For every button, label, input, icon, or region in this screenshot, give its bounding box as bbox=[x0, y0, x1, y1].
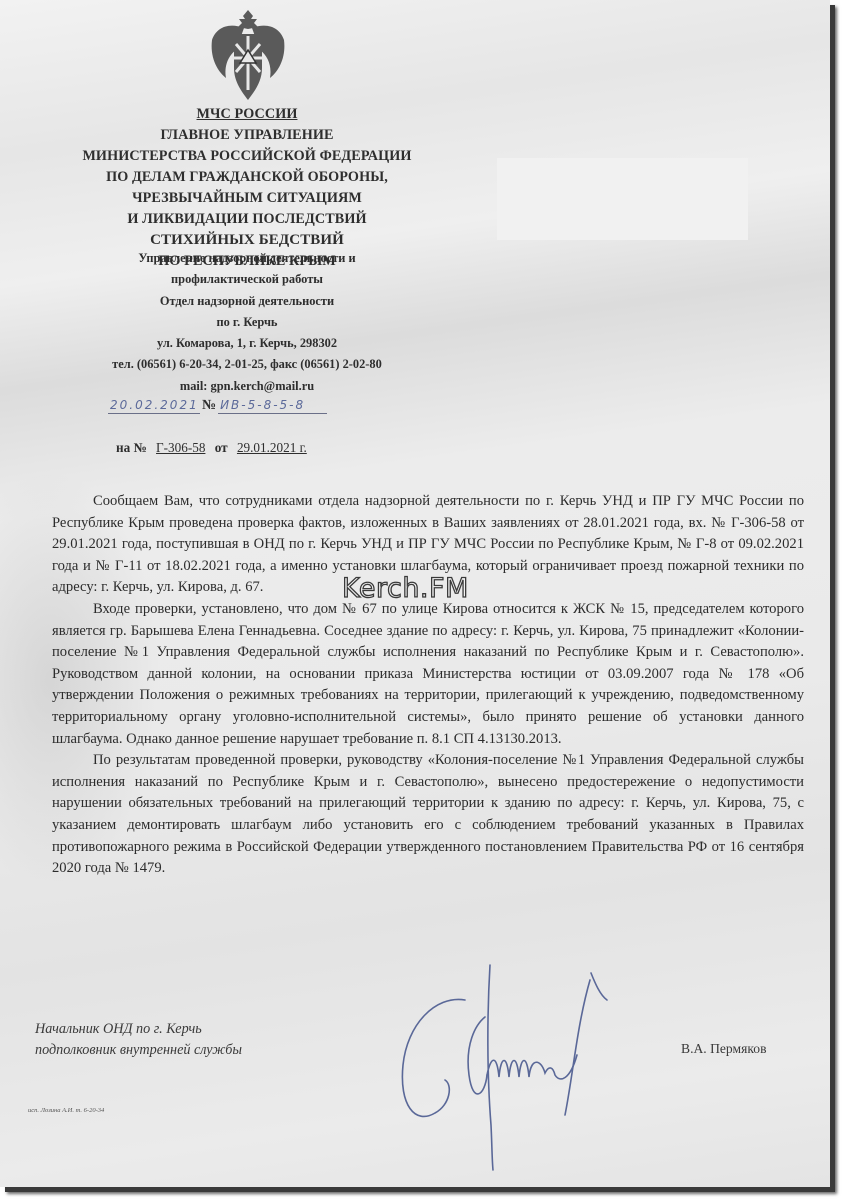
header-line: Управление надзорной деятельности и bbox=[52, 248, 442, 269]
header-address: ул. Комарова, 1, г. Керчь, 298302 bbox=[52, 333, 442, 354]
signatory-rank: подполковник внутренней службы bbox=[35, 1040, 242, 1061]
handwritten-signature-icon bbox=[395, 955, 655, 1180]
header-agency-caps: МЧС РОССИИ ГЛАВНОЕ УПРАВЛЕНИЕ МИНИСТЕРСТ… bbox=[52, 104, 442, 272]
reference-from-label: от bbox=[215, 440, 228, 455]
watermark: Kerch.FM bbox=[342, 573, 469, 604]
reference-line: на № Г-306-58 от 29.01.2021 г. bbox=[116, 440, 313, 456]
signatory-position: Начальник ОНД по г. Керчь bbox=[35, 1019, 242, 1040]
executor-note: исп. Лозина А.И. т. 6-20-34 bbox=[28, 1107, 104, 1114]
registration-date: 20.02.2021 bbox=[108, 398, 200, 414]
header-line: ЧРЕЗВЫЧАЙНЫМ СИТУАЦИЯМ bbox=[52, 188, 442, 209]
header-line: Отдел надзорной деятельности bbox=[52, 291, 442, 312]
header-line: по г. Керчь bbox=[52, 312, 442, 333]
header-department: Управление надзорной деятельности и проф… bbox=[52, 248, 442, 397]
signatory-title: Начальник ОНД по г. Керчь подполковник в… bbox=[35, 1019, 242, 1061]
signatory-name: В.А. Пермяков bbox=[681, 1041, 767, 1057]
letter-body: Сообщаем Вам, что сотрудниками отдела на… bbox=[52, 491, 804, 880]
header-email: mail: gpn.kerch@mail.ru bbox=[52, 376, 442, 397]
header-line: И ЛИКВИДАЦИИ ПОСЛЕДСТВИЙ bbox=[52, 209, 442, 230]
document-page: МЧС РОССИИ ГЛАВНОЕ УПРАВЛЕНИЕ МИНИСТЕРСТ… bbox=[0, 0, 830, 1187]
redacted-recipient-block bbox=[497, 158, 748, 240]
registration-number-label: № bbox=[202, 398, 216, 413]
header-line: МЧС РОССИИ bbox=[52, 104, 442, 125]
reference-number: Г-306-58 bbox=[156, 440, 205, 455]
header-line: ГЛАВНОЕ УПРАВЛЕНИЕ bbox=[52, 125, 442, 146]
registration-line: 20.02.2021№ИВ-5-8-5-8 bbox=[108, 398, 358, 422]
body-paragraph: По результатам проведенной проверки, рук… bbox=[52, 750, 804, 880]
header-line: МИНИСТЕРСТВА РОССИЙСКОЙ ФЕДЕРАЦИИ bbox=[52, 146, 442, 167]
reference-date: 29.01.2021 г. bbox=[237, 440, 307, 455]
body-paragraph: Входе проверки, установлено, что дом № 6… bbox=[52, 599, 804, 750]
reference-prefix: на № bbox=[116, 440, 147, 455]
header-phone: тел. (06561) 6-20-34, 2-01-25, факс (065… bbox=[52, 354, 442, 375]
registration-number: ИВ-5-8-5-8 bbox=[218, 398, 327, 414]
header-line: профилактической работы bbox=[52, 269, 442, 290]
mchs-emblem-icon bbox=[206, 6, 290, 104]
header-line: ПО ДЕЛАМ ГРАЖДАНСКОЙ ОБОРОНЫ, bbox=[52, 167, 442, 188]
